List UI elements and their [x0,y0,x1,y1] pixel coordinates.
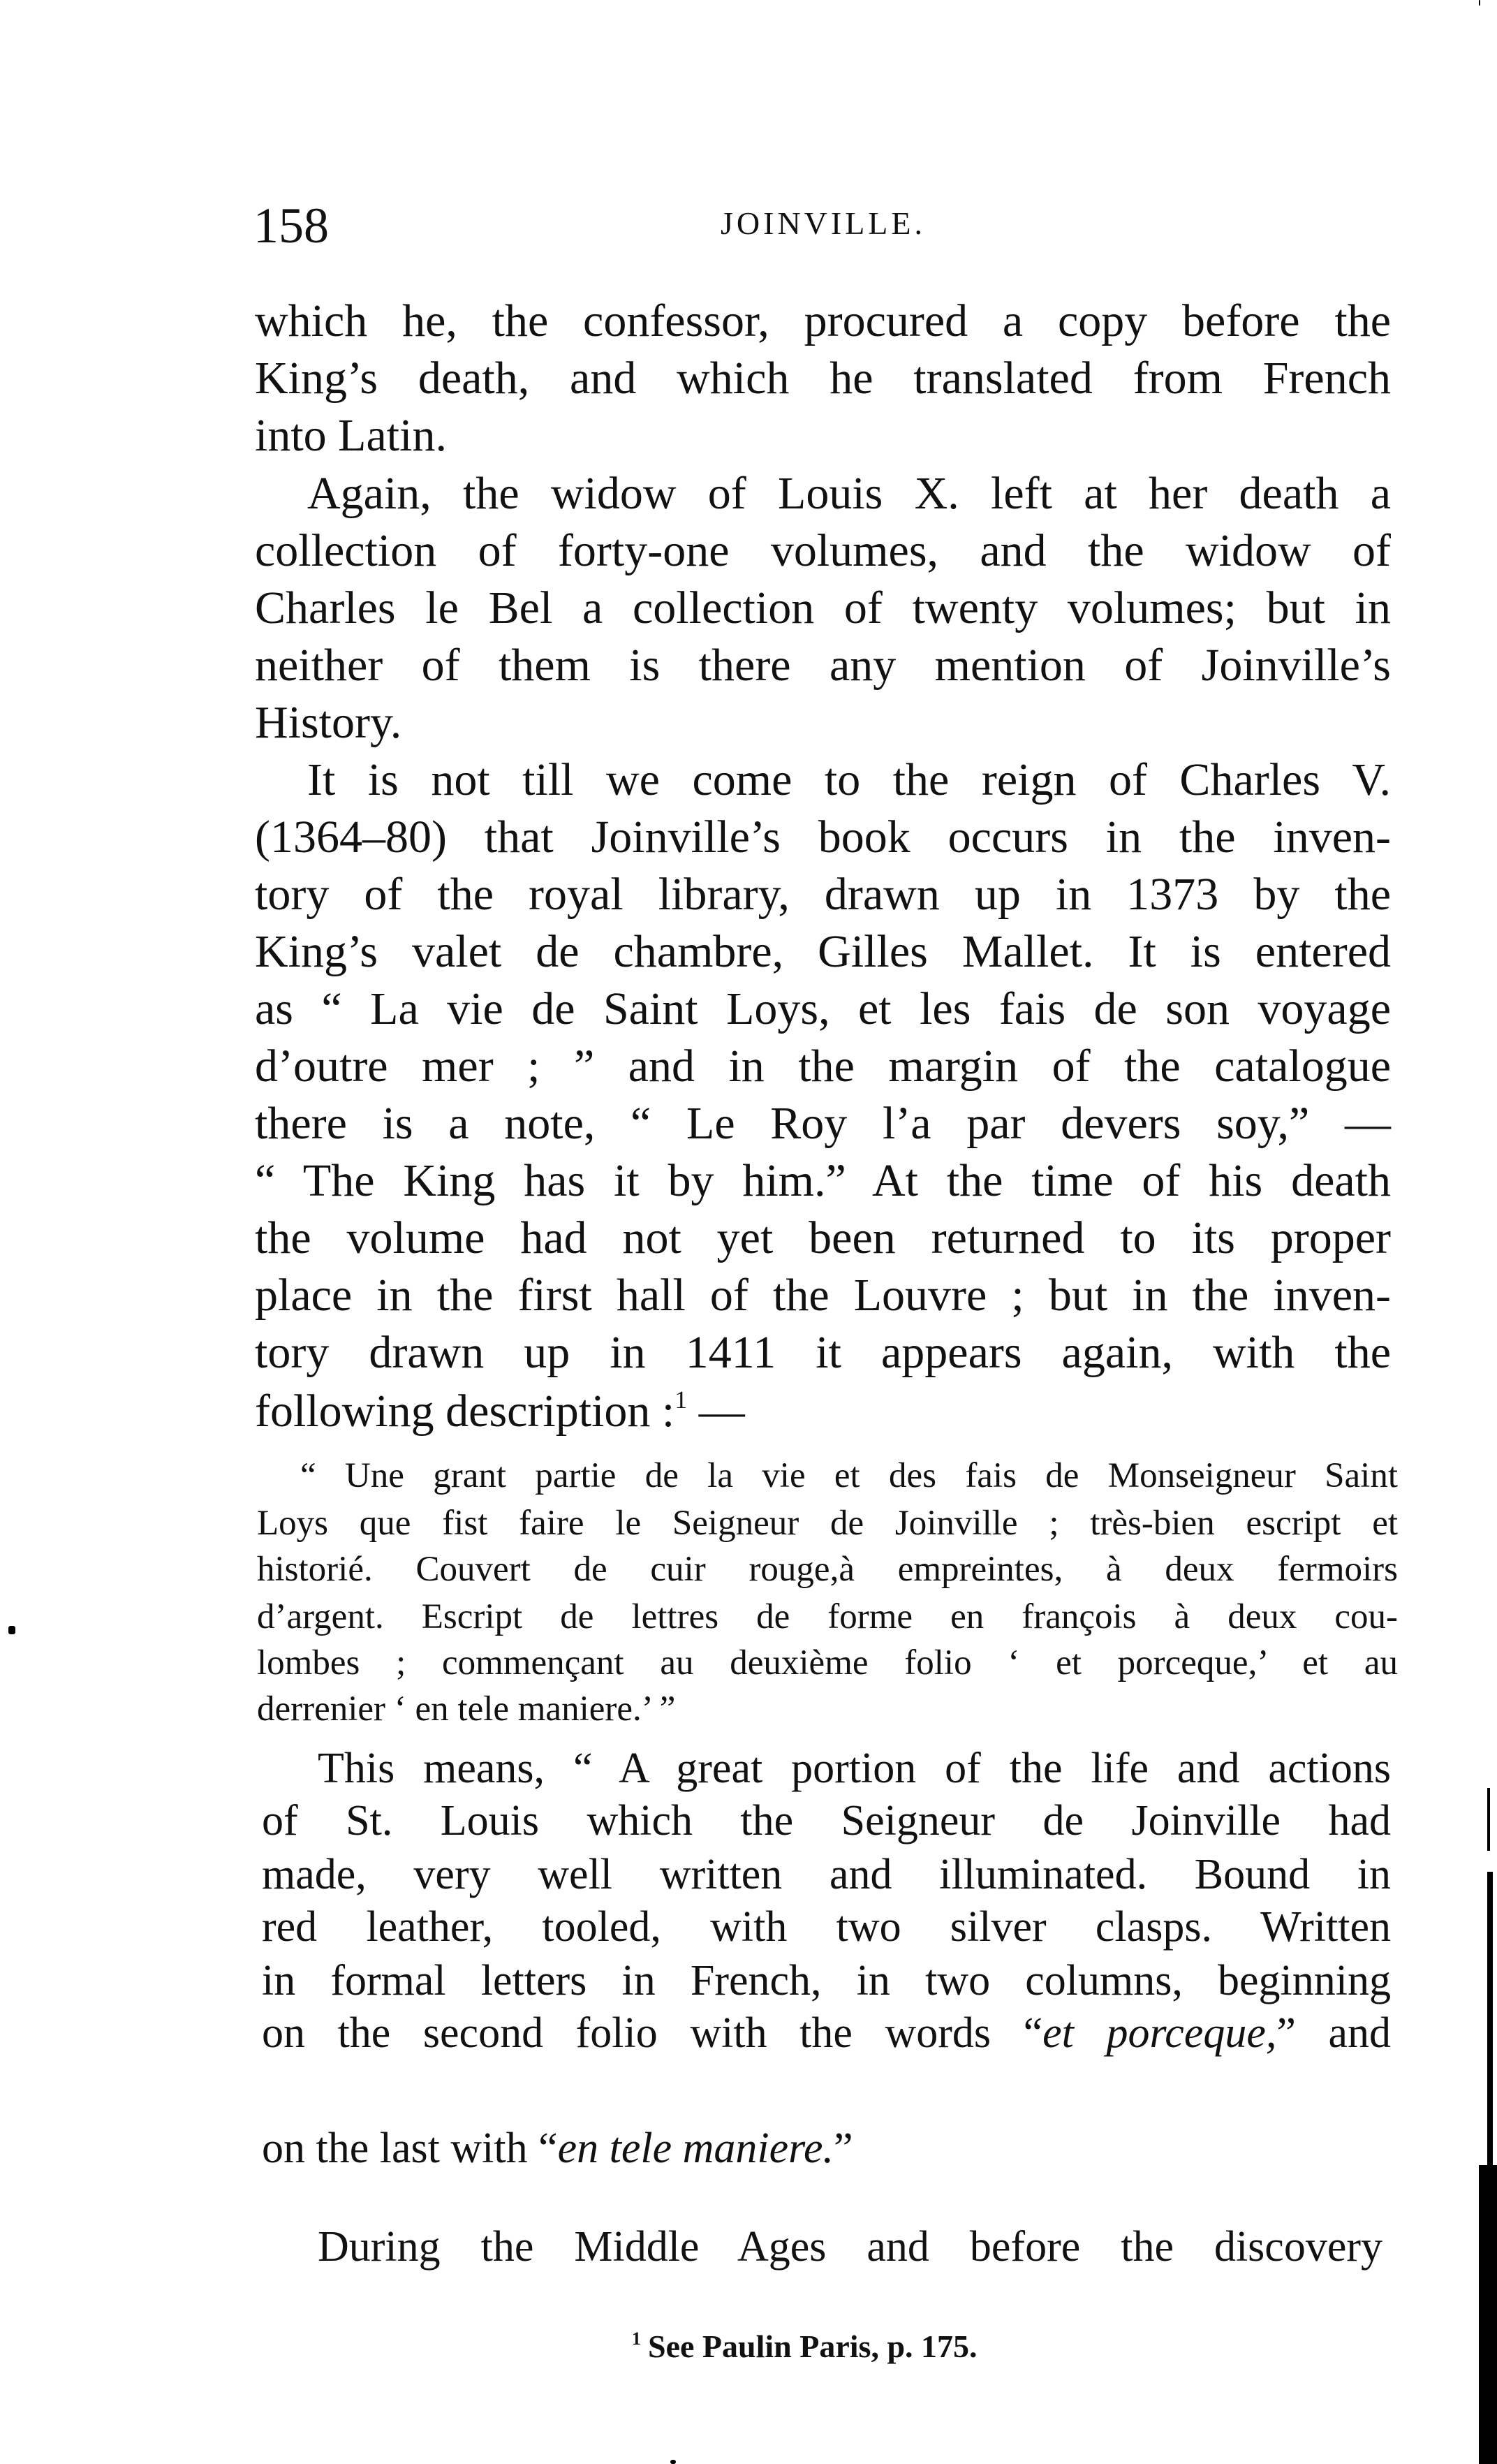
text-line: History. [255,700,401,746]
text-line: Charles le Bel a collection of twenty vo… [255,585,1391,631]
text-line: following description :1 — [255,1387,745,1435]
page-edge-shadow [1487,1872,1493,2165]
text-line: King’s death, and which he translated fr… [255,355,1391,402]
running-head: JOINVILLE. [721,207,926,240]
text-line: neither of them is there any mention of … [255,643,1391,689]
text-line: During the Middle Ages and before the di… [318,2225,1382,2268]
text-line: as “ La vie de Saint Loys, et les fais d… [255,986,1391,1032]
text-line: It is not till we come to the reign of C… [307,757,1391,803]
text-line: Again, the widow of Louis X. left at her… [307,471,1391,517]
footnote: 1See Paulin Paris, p. 175. [632,2330,978,2363]
text-segment: on the last with “ [262,2125,558,2172]
text-line: made, very well written and illuminated.… [262,1853,1391,1896]
page-edge-shadow [1479,2165,1497,2464]
footnote-text: See Paulin Paris, p. 175. [648,2329,978,2364]
quote-line: “ Une grant partie de la vie et des fais… [300,1458,1398,1494]
italic-phrase: et porceque, [1042,2009,1276,2057]
text-segment: ” [834,2125,853,2172]
text-line: into Latin. [255,413,447,459]
text-line: collection of forty-one volumes, and the… [255,528,1391,574]
text-segment: following description : [255,1386,674,1437]
page-number: 158 [253,200,329,251]
text-segment: — [687,1386,745,1437]
scan-speck [1479,0,1480,6]
text-segment: on the second folio with the words “ [262,2009,1042,2057]
page-edge-shadow [1487,1788,1490,1851]
text-line: red leather, tooled, with two silver cla… [262,1905,1391,1949]
footnote-marker: 1 [632,2329,641,2349]
scan-speck [8,1626,15,1634]
text-line: d’outre mer ; ” and in the margin of the… [255,1043,1391,1090]
quote-line: derrenier ‘ en tele maniere.’ ” [257,1692,675,1727]
quote-line: historié. Couvert de cuir rouge,à emprei… [257,1552,1398,1587]
text-line: in formal letters in French, in two colu… [262,1959,1391,2002]
text-line: on the last with “en tele maniere.” [262,2127,853,2170]
italic-phrase: en tele maniere. [558,2125,834,2172]
text-line: the volume had not yet been returned to … [255,1215,1391,1261]
text-line: place in the first hall of the Louvre ; … [255,1273,1391,1319]
text-line: This means, “ A great portion of the lif… [318,1747,1391,1790]
quote-line: Loys que fist faire le Seigneur de Joinv… [257,1506,1398,1541]
text-segment: ” and [1276,2009,1391,2057]
quote-line: d’argent. Escript de lettres de forme en… [257,1599,1398,1635]
text-line: of St. Louis which the Seigneur de Joinv… [262,1799,1391,1842]
scan-speck [670,2460,676,2464]
book-page: 158 JOINVILLE. which he, the confessor, … [0,0,1497,2464]
text-line: which he, the confessor, procured a copy… [255,298,1391,344]
text-line: on the second folio with the words “et p… [262,2011,1391,2055]
text-line: there is a note, “ Le Roy l’a par devers… [255,1101,1391,1147]
text-line: tory of the royal library, drawn up in 1… [255,872,1391,918]
text-line: “ The King has it by him.” At the time o… [255,1158,1391,1204]
footnote-reference[interactable]: 1 [674,1386,687,1414]
quote-line: lombes ; commençant au deuxième folio ‘ … [257,1645,1398,1681]
text-line: tory drawn up in 1411 it appears again, … [255,1330,1391,1376]
text-line: King’s valet de chambre, Gilles Mallet. … [255,929,1391,975]
text-line: (1364–80) that Joinville’s book occurs i… [255,814,1391,860]
